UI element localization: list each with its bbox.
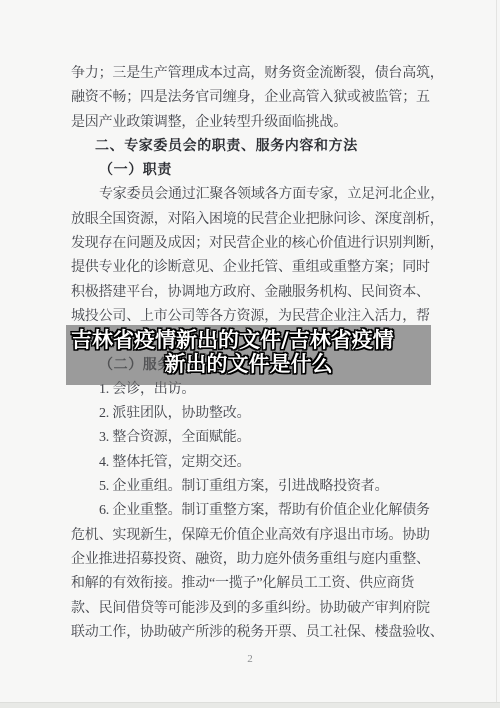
section-heading: 二、专家委员会的职责、服务内容和方法: [71, 135, 433, 159]
watermark-caption-line1: 吉林省疫情新出的文件/吉林省疫情: [66, 325, 431, 352]
page-bottom-edge-strip: [0, 702, 500, 708]
watermark-caption: 吉林省疫情新出的文件/吉林省疫情 新出的文件是什么: [66, 325, 431, 385]
text-line: 是因产业政策调整，企业转型升级面临挑战。: [71, 111, 433, 135]
scanned-document-page: 争力；三是生产管理成本过高，财务资金流断裂，债台高筑， 融资不畅；四是法务官司缠…: [0, 0, 500, 708]
text-line: 提供专业化的诊断意见、企业托管、重组或重整方案；同时: [71, 256, 433, 280]
text-line: 款、民间借贷等可能涉及到的多重纠纷。协助破产审判府院: [71, 597, 433, 621]
text-line: 积极搭建平台，协调地方政府、金融服务机构、民间资本、: [71, 281, 433, 305]
text-line: 联动工作，协助破产所涉的税务开票、员工社保、楼盘验收、: [71, 621, 433, 645]
page-number: 2: [0, 653, 500, 665]
list-item: 2. 派驻团队，协助整改。: [71, 402, 433, 426]
text-line: 争力；三是生产管理成本过高，财务资金流断裂，债台高筑，: [71, 62, 433, 86]
text-line: 危机、实现新生，保障无价值企业高效有序退出市场。协助: [71, 524, 433, 548]
list-item: 3. 整合资源，全面赋能。: [71, 426, 433, 450]
text-line: 专家委员会通过汇聚各领域各方面专家，立足河北企业，: [71, 183, 433, 207]
watermark-caption-line2: 新出的文件是什么: [66, 352, 431, 377]
page-right-edge-shadow: [496, 0, 497, 708]
text-line: 放眼全国资源，对陷入困境的民营企业把脉问诊、深度剖析，: [71, 208, 433, 232]
text-line: 企业推进招募投资、融资，助力庭外债务重组与庭内重整、: [71, 548, 433, 572]
list-item: 5. 企业重组。制订重组方案，引进战略投资者。: [71, 475, 433, 499]
subsection-heading: （一）职责: [71, 159, 433, 183]
list-item: 6. 企业重整。制订重整方案，帮助有价值企业化解债务: [71, 499, 433, 523]
list-item: 4. 整体托管，定期交还。: [71, 451, 433, 475]
text-line: 发现存在问题及成因；对民营企业的核心价值进行识别判断，: [71, 232, 433, 256]
text-line: 融资不畅；四是法务官司缠身，企业高管入狱或被监管；五: [71, 86, 433, 110]
text-line: 和解的有效衔接。推动“一揽子”化解员工工资、供应商货: [71, 572, 433, 596]
